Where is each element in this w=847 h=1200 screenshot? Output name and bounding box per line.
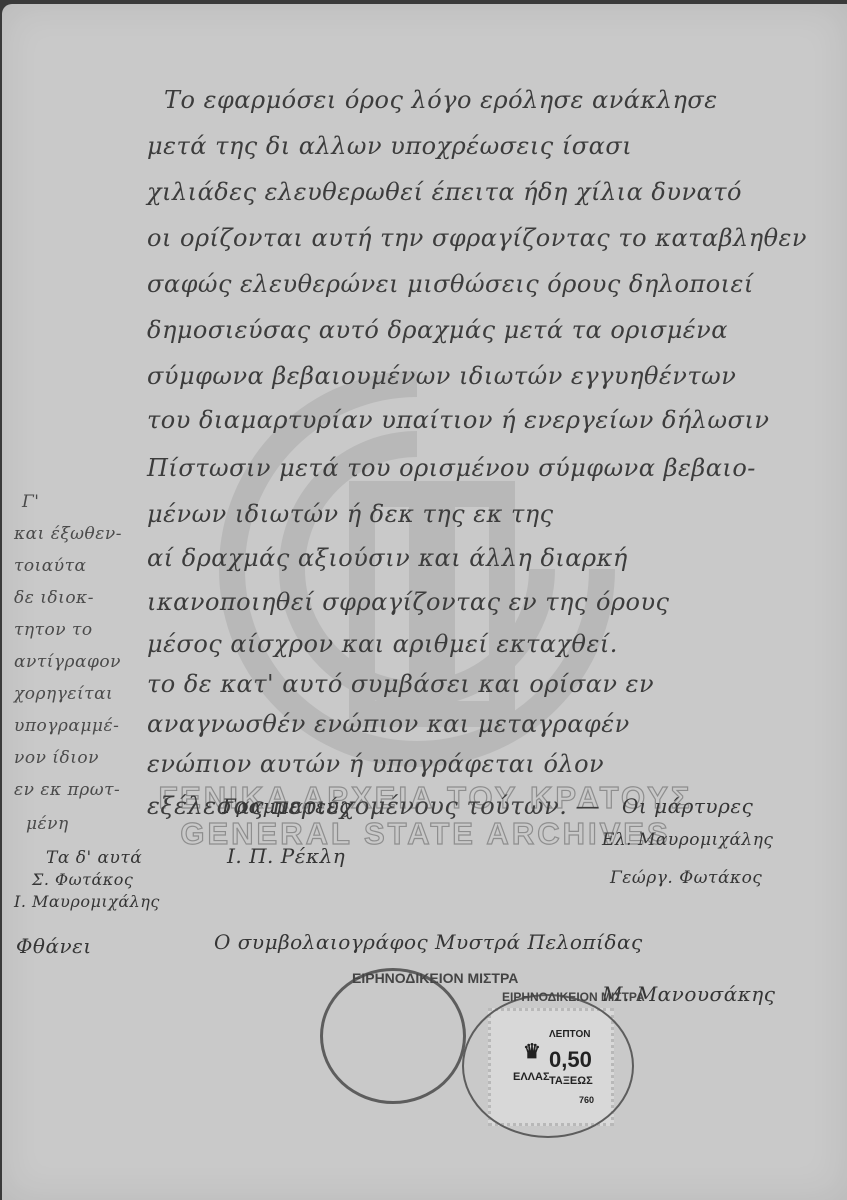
postmark-text: ΕΙΡΗΝΟΔΙΚΕΙΟΝ ΜΙΣΤΡΑ xyxy=(502,990,645,1004)
margin-note-line: μένη xyxy=(26,814,69,834)
body-line: σαφώς ελευθερώνει μισθώσεις όρους δηλοπο… xyxy=(147,270,754,298)
body-line: ενώπιον αυτών ή υπογράφεται όλον xyxy=(147,750,604,778)
body-line: του διαμαρτυρίαν υπαίτιον ή ενεργείων δή… xyxy=(147,406,769,434)
margin-note-line: τοιαύτα xyxy=(14,556,87,576)
postmark-stamp xyxy=(462,994,634,1138)
body-line: δημοσιεύσας αυτό δραχμάς μετά τα ορισμέν… xyxy=(147,316,728,344)
signature-left-bottom: Φθάνει xyxy=(16,934,92,958)
margin-note-line: χορηγείται xyxy=(14,684,113,704)
signature-left-3: Ι. Μαυρομιχάλης xyxy=(14,892,160,911)
body-line: σύμφωνα βεβαιουμένων ιδιωτών εγγυηθέντων xyxy=(147,362,736,390)
document-page: ΓΕΝΙΚΑ ΑΡΧΕΙΑ ΤΟΥ ΚΡΑΤΟΥΣ GENERAL STATE … xyxy=(2,4,847,1200)
signature-left-2: Σ. Φωτάκος xyxy=(32,870,133,889)
margin-note-line: τητον το xyxy=(14,620,93,640)
court-seal-text: ΕΙΡΗΝΟΔΙΚΕΙΟΝ ΜΙΣΤΡΑ xyxy=(352,970,518,986)
body-line: μένων ιδιωτών ή δεκ της εκ της xyxy=(147,500,554,528)
body-line: ικανοποιηθεί σφραγίζοντας εν της όρους xyxy=(147,588,670,616)
body-line: μετά της δι αλλων υποχρέωσεις ίσασι xyxy=(147,132,632,160)
body-line: μέσος αίσχρον και αριθμεί εκταχθεί. xyxy=(147,630,618,658)
body-line: Το εφαρμόσει όρος λόγο ερόλησε ανάκλησε xyxy=(164,86,718,114)
body-line: αί δραχμάς αξιούσιν και άλλη διαρκή xyxy=(147,544,628,572)
signature-right-1: Ελ. Μαυρομιχάλης xyxy=(602,830,773,850)
margin-note-line: εν εκ πρωτ- xyxy=(14,780,120,800)
body-line: αναγνωσθέν ενώπιον και μεταγραφέν xyxy=(147,710,630,738)
closing-line: Ο συμβολαιογράφος Μυστρά Πελοπίδας xyxy=(214,930,643,954)
court-seal-stamp xyxy=(320,968,466,1104)
body-line: Πίστωσιν μετά του ορισμένου σύμφωνα βεβα… xyxy=(147,454,756,482)
margin-note-line: Γ' xyxy=(22,492,39,512)
signature-right-2: Γεώργ. Φωτάκος xyxy=(610,868,762,888)
margin-note-line: υπογραμμέ- xyxy=(14,716,119,736)
signature-center-title: Γραμματεύς xyxy=(222,794,351,818)
body-line: οι ορίζονται αυτή την σφραγίζοντας το κα… xyxy=(147,224,807,252)
margin-note-line: δε ιδιοκ- xyxy=(14,588,94,608)
body-line: εξέλεσας περιεχομένους τούτων. — xyxy=(147,792,600,820)
margin-note-line: νον ίδιον xyxy=(14,748,99,768)
body-line: το δε κατ' αυτό συμβάσει και ορίσαν εν xyxy=(147,670,654,698)
body-line: χιλιάδες ελευθερωθεί έπειτα ήδη χίλια δυ… xyxy=(147,178,742,206)
signature-left-1: Τα δ' αυτά xyxy=(46,848,142,868)
margin-note-line: αντίγραφον xyxy=(14,652,121,672)
signature-center-name: Ι. Π. Ρέκλη xyxy=(227,844,345,868)
signature-right-title: Οι μάρτυρες xyxy=(622,794,753,818)
margin-note-line: και έξωθεν- xyxy=(14,524,122,544)
